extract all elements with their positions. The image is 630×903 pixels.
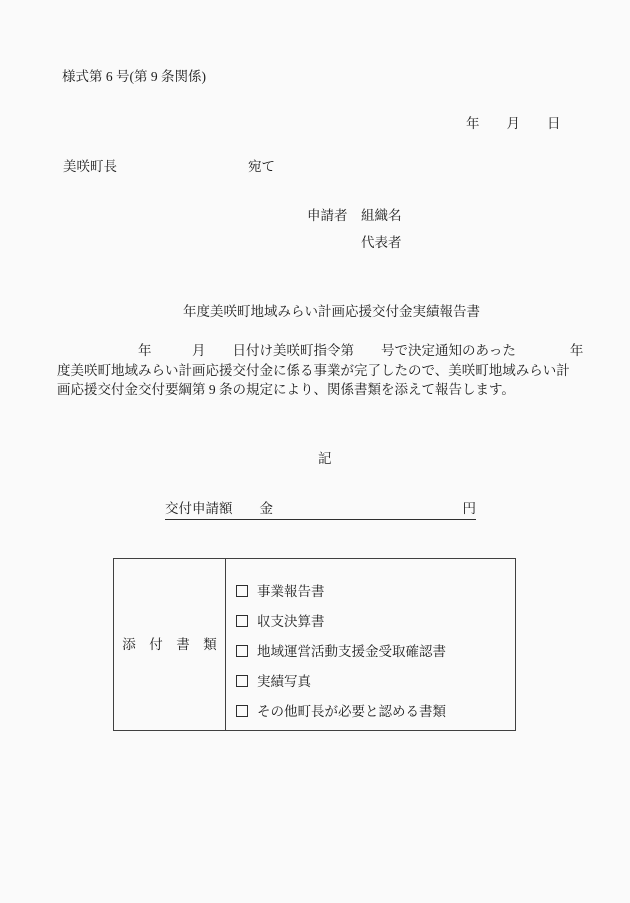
amount-currency-prefix: 金 bbox=[260, 501, 274, 516]
attachment-item: 収支決算書 bbox=[236, 606, 515, 636]
attachments-header-cell: 添 付 書 類 bbox=[114, 559, 226, 730]
document-title: 年度美咲町地域みらい計画応援交付金実績報告書 bbox=[183, 304, 480, 319]
checkbox-icon[interactable] bbox=[236, 645, 248, 657]
attachment-label: 地域運営活動支援金受取確認書 bbox=[257, 644, 446, 659]
applicant-representative: 代表者 bbox=[361, 235, 402, 250]
checkbox-icon[interactable] bbox=[236, 705, 248, 717]
form-number: 様式第 6 号(第 9 条関係) bbox=[62, 69, 206, 84]
attachment-label: 実績写真 bbox=[257, 674, 311, 689]
checkbox-icon[interactable] bbox=[236, 675, 248, 687]
attachment-item: 実績写真 bbox=[236, 666, 515, 696]
attachment-item: 事業報告書 bbox=[236, 576, 515, 606]
checkbox-icon[interactable] bbox=[236, 615, 248, 627]
addressee-suffix: 宛て bbox=[248, 159, 275, 174]
attachments-table: 添 付 書 類 事業報告書 収支決算書 地域運営活動支援金受取確認書 実績写真 … bbox=[113, 558, 516, 731]
attachment-label: 収支決算書 bbox=[257, 614, 325, 629]
attachment-item: 地域運営活動支援金受取確認書 bbox=[236, 636, 515, 666]
addressee-name: 美咲町長 bbox=[63, 159, 117, 174]
attachments-list: 事業報告書 収支決算書 地域運営活動支援金受取確認書 実績写真 その他町長が必要… bbox=[226, 559, 515, 730]
body-paragraph-line: 年 月 日付け美咲町指令第 号で決定通知のあった 年 bbox=[57, 341, 587, 361]
body-paragraph: 年 月 日付け美咲町指令第 号で決定通知のあった 年度美咲町地域みらい計画応援交… bbox=[57, 341, 587, 400]
document-page: 様式第 6 号(第 9 条関係) 年 月 日 美咲町長 宛て 申請者 組織名 代… bbox=[0, 0, 630, 903]
amount-unit: 円 bbox=[463, 501, 477, 516]
body-paragraph-line: 度美咲町地域みらい計画応援交付金に係る事業が完了したので、美咲町地域みらい計 bbox=[57, 361, 587, 381]
date-line: 年 月 日 bbox=[466, 116, 561, 131]
amount-line: 交付申請額 金 円 bbox=[165, 501, 476, 520]
attachment-item: その他町長が必要と認める書類 bbox=[236, 696, 515, 726]
attachment-label: その他町長が必要と認める書類 bbox=[257, 704, 446, 719]
body-paragraph-line: 画応援交付金交付要綱第 9 条の規定により、関係書類を添えて報告します。 bbox=[57, 380, 587, 400]
applicant-label: 申請者 bbox=[307, 208, 348, 223]
section-marker: 記 bbox=[318, 451, 332, 466]
applicant-organization: 組織名 bbox=[361, 208, 402, 223]
amount-label: 交付申請額 bbox=[165, 501, 233, 516]
checkbox-icon[interactable] bbox=[236, 585, 248, 597]
attachments-header-label: 添 付 書 類 bbox=[122, 637, 217, 652]
attachment-label: 事業報告書 bbox=[257, 584, 325, 599]
